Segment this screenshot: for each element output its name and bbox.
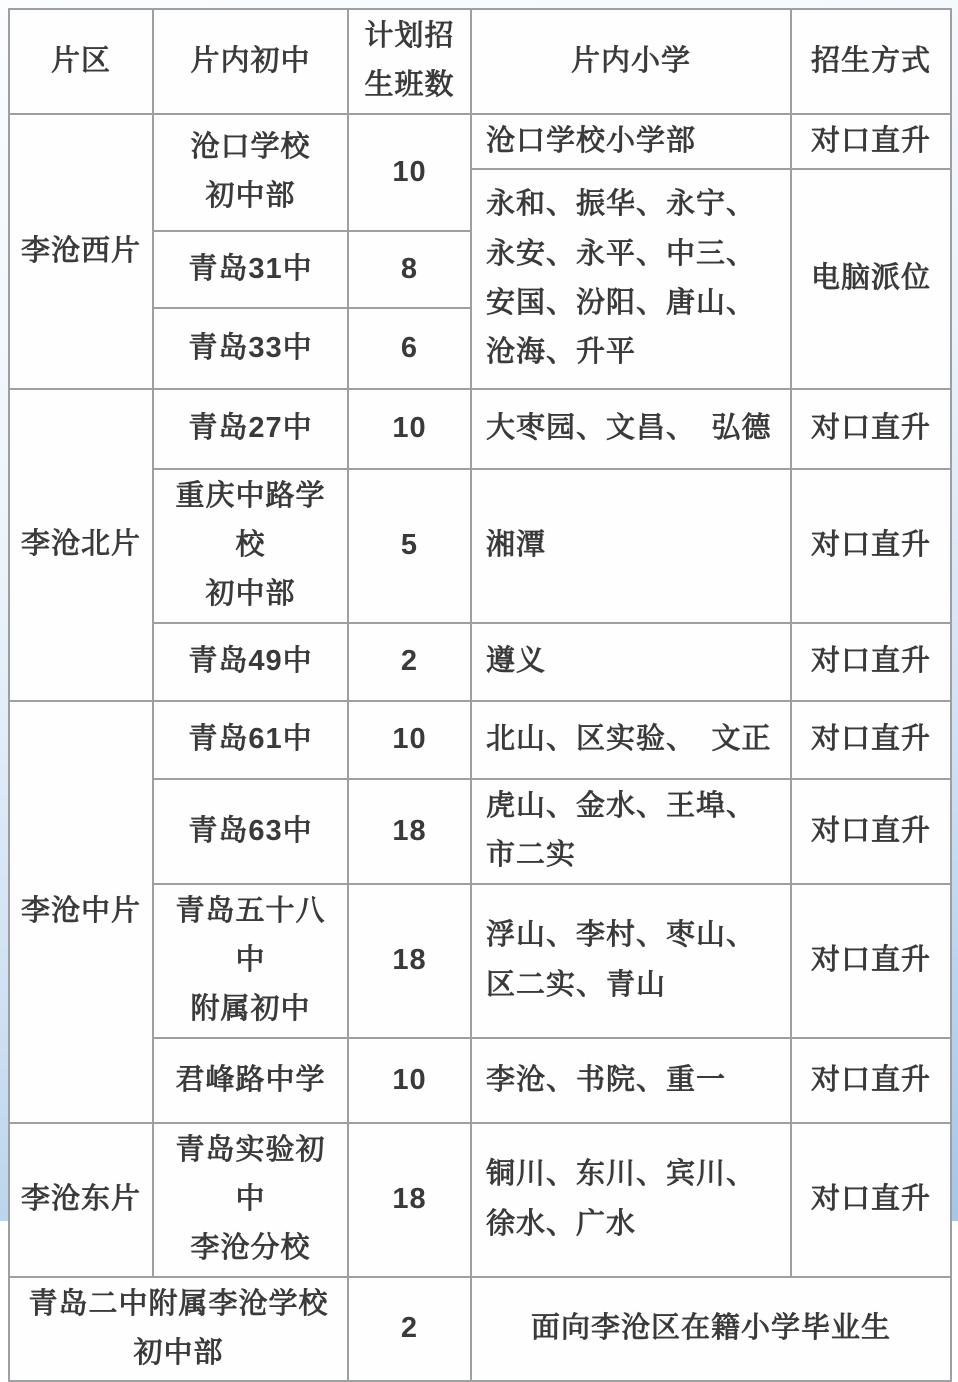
classes-cell: 18 xyxy=(348,779,471,884)
district-cell: 李沧西片 xyxy=(9,114,153,389)
primary-schools-cell: 湘潭 xyxy=(471,469,791,623)
page-background: 片区 片内初中 计划招生班数 片内小学 招生方式 李沧西片 沧口学校 初中部 1… xyxy=(0,0,958,1221)
header-planned-classes: 计划招生班数 xyxy=(348,9,471,114)
middle-school-cell: 青岛49中 xyxy=(153,623,348,701)
method-cell: 对口直升 xyxy=(791,623,951,701)
middle-school-cell: 沧口学校 初中部 xyxy=(153,114,348,231)
table-header-row: 片区 片内初中 计划招生班数 片内小学 招生方式 xyxy=(9,9,951,114)
middle-school-cell: 青岛61中 xyxy=(153,701,348,779)
middle-school-cell: 重庆中路学校 初中部 xyxy=(153,469,348,623)
middle-school-cell: 君峰路中学 xyxy=(153,1038,348,1123)
primary-schools-cell: 沧口学校小学部 xyxy=(471,114,791,169)
classes-cell: 2 xyxy=(348,623,471,701)
method-cell: 对口直升 xyxy=(791,1038,951,1123)
middle-school-cell: 青岛实验初中 李沧分校 xyxy=(153,1123,348,1277)
method-cell: 对口直升 xyxy=(791,114,951,169)
district-cell: 李沧东片 xyxy=(9,1123,153,1277)
primary-schools-cell: 浮山、李村、枣山、 区二实、青山 xyxy=(471,884,791,1038)
classes-cell: 10 xyxy=(348,1038,471,1123)
classes-cell: 8 xyxy=(348,231,471,308)
district-cell: 李沧中片 xyxy=(9,701,153,1123)
header-district: 片区 xyxy=(9,9,153,114)
method-cell: 电脑派位 xyxy=(791,169,951,389)
footer-school-cell: 青岛二中附属李沧学校 初中部 xyxy=(9,1277,348,1382)
footer-note-cell: 面向李沧区在籍小学毕业生 xyxy=(471,1277,951,1382)
primary-schools-cell: 大枣园、文昌、 弘德 xyxy=(471,389,791,469)
table-row: 李沧东片 青岛实验初中 李沧分校 18 铜川、东川、宾川、 徐水、广水 对口直升 xyxy=(9,1123,951,1277)
header-primary-schools: 片内小学 xyxy=(471,9,791,114)
middle-school-cell: 青岛31中 xyxy=(153,231,348,308)
method-cell: 对口直升 xyxy=(791,1123,951,1277)
classes-cell: 5 xyxy=(348,469,471,623)
classes-cell: 10 xyxy=(348,389,471,469)
method-cell: 对口直升 xyxy=(791,779,951,884)
middle-school-cell: 青岛五十八中 附属初中 xyxy=(153,884,348,1038)
middle-school-cell: 青岛33中 xyxy=(153,308,348,389)
district-cell: 李沧北片 xyxy=(9,389,153,701)
footer-classes-cell: 2 xyxy=(348,1277,471,1382)
middle-school-cell: 青岛27中 xyxy=(153,389,348,469)
classes-cell: 18 xyxy=(348,1123,471,1277)
method-cell: 对口直升 xyxy=(791,469,951,623)
method-cell: 对口直升 xyxy=(791,701,951,779)
table-row: 李沧中片 青岛61中 10 北山、区实验、 文正 对口直升 xyxy=(9,701,951,779)
classes-cell: 6 xyxy=(348,308,471,389)
primary-schools-cell: 李沧、书院、重一 xyxy=(471,1038,791,1123)
table-row: 李沧西片 沧口学校 初中部 10 沧口学校小学部 对口直升 xyxy=(9,114,951,169)
method-cell: 对口直升 xyxy=(791,884,951,1038)
table-row: 李沧北片 青岛27中 10 大枣园、文昌、 弘德 对口直升 xyxy=(9,389,951,469)
enrollment-plan-table: 片区 片内初中 计划招生班数 片内小学 招生方式 李沧西片 沧口学校 初中部 1… xyxy=(8,8,952,1382)
primary-schools-cell: 虎山、金水、王埠、 市二实 xyxy=(471,779,791,884)
primary-schools-cell: 遵义 xyxy=(471,623,791,701)
primary-schools-cell: 铜川、东川、宾川、 徐水、广水 xyxy=(471,1123,791,1277)
method-cell: 对口直升 xyxy=(791,389,951,469)
table-row: 青岛二中附属李沧学校 初中部 2 面向李沧区在籍小学毕业生 xyxy=(9,1277,951,1382)
classes-cell: 18 xyxy=(348,884,471,1038)
primary-schools-cell: 永和、振华、永宁、 永安、永平、中三、 安国、汾阳、唐山、 沧海、升平 xyxy=(471,169,791,389)
classes-cell: 10 xyxy=(348,114,471,231)
classes-cell: 10 xyxy=(348,701,471,779)
header-method: 招生方式 xyxy=(791,9,951,114)
middle-school-cell: 青岛63中 xyxy=(153,779,348,884)
primary-schools-cell: 北山、区实验、 文正 xyxy=(471,701,791,779)
header-middle-school: 片内初中 xyxy=(153,9,348,114)
